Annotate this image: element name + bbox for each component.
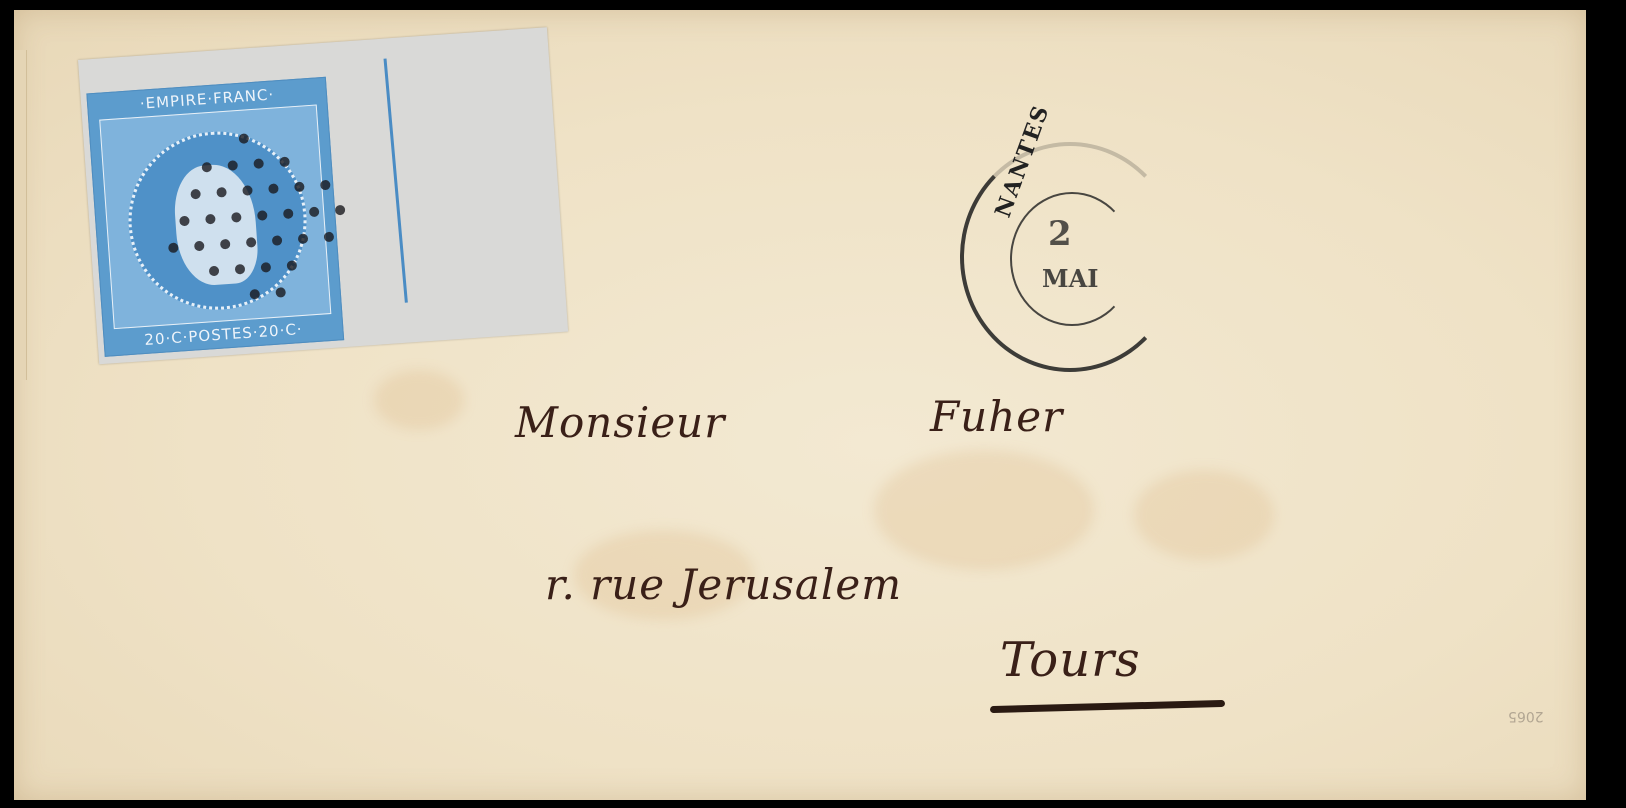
postmark: NANTES 2 MAI [960, 142, 1180, 372]
envelope-flap [14, 50, 27, 380]
selvage-guide-line [384, 58, 408, 302]
address-salutation: Monsieur [515, 398, 725, 447]
postmark-month: MAI [1042, 264, 1098, 293]
cancel-dot [324, 232, 335, 243]
paper-stain [374, 370, 464, 430]
address-name: Fuher [930, 392, 1063, 441]
postmark-inner-ring [1010, 192, 1134, 326]
paper-stain [874, 450, 1094, 570]
stamp-selvage: ·EMPIRE·FRANC· 20·C·POSTES·20·C· [78, 27, 568, 364]
paper-stain [1134, 470, 1274, 560]
cancel-dot [320, 180, 331, 191]
postage-stamp: ·EMPIRE·FRANC· 20·C·POSTES·20·C· [86, 77, 344, 357]
address-city: Tours [1000, 632, 1141, 688]
pencil-note: 2065 [1508, 708, 1544, 724]
cancel-dot [335, 205, 346, 216]
postmark-day: 2 [1048, 214, 1072, 254]
address-street: r. rue Jerusalem [545, 560, 902, 609]
